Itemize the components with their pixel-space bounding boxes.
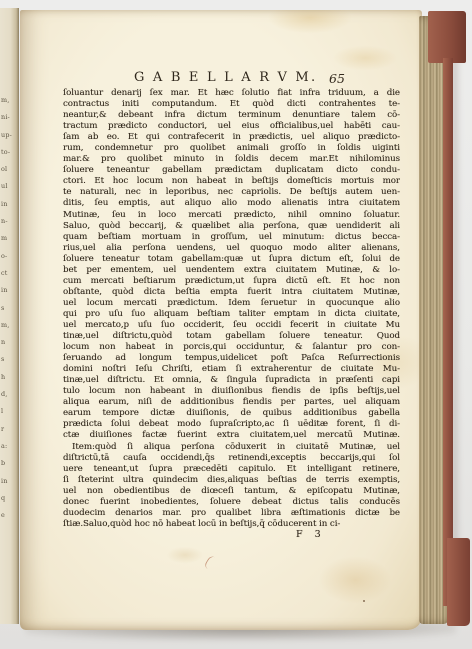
- cover-edge-top: [428, 11, 466, 63]
- facing-page-fragment: l: [1, 403, 19, 420]
- cover-edge-middle: [443, 58, 453, 606]
- facing-page-fragment: e: [1, 507, 19, 524]
- cover-side-shadow: [452, 60, 464, 620]
- facing-page-fragment: n: [1, 334, 19, 351]
- facing-page-text-fragments: m,ni-up-to-olulinn-mo-ctinsm,nshd,lra:bi…: [0, 8, 19, 524]
- facing-page-fragment: q: [1, 490, 19, 507]
- text-line: qui pro uſu ſuo aliquam beſtiam taliter …: [63, 309, 400, 320]
- text-line: ſeruando ad longum tempus,uidelicet poſt…: [63, 353, 400, 364]
- facing-page-fragment: d,: [1, 386, 19, 403]
- facing-page-fragment: in: [1, 196, 19, 213]
- text-line: ſam ab eo. Et qui contrafecerit in prædi…: [63, 132, 400, 143]
- text-line: earum tempore dictæ diuiſionis, de quibu…: [63, 408, 400, 419]
- facing-page-fragment: m: [1, 230, 19, 247]
- text-line: ditis, ſeu emptis, aut aliquo alio modo …: [63, 198, 400, 209]
- facing-page-fragment: b: [1, 455, 19, 472]
- facing-page-fragment: o-: [1, 248, 19, 265]
- text-line: cum mercati beſtiarum prædictum,ut ſupra…: [63, 276, 400, 287]
- facing-page-fragment: ni-: [1, 109, 19, 126]
- facing-page-fragment: to-: [1, 144, 19, 161]
- text-line: neantur,& debeant infra dictum terminum …: [63, 110, 400, 121]
- text-line: tractum prædicto conductori, uel eius of…: [63, 121, 400, 132]
- facing-page-fragment: ol: [1, 161, 19, 178]
- text-line: tinæ,uel diſtrictu. Et omnia, & ſingula …: [63, 375, 400, 386]
- text-line: ſoluantur denarij ſex mar. Et hæc ſoluti…: [63, 88, 400, 99]
- text-line: rius,uel alia perſona uendens, uel quoqu…: [63, 243, 400, 254]
- text-line: ſi ſteterint ultra quindecim dies,aliqua…: [63, 475, 400, 486]
- facing-page-fragment: in: [1, 473, 19, 490]
- text-line: obſtante, quòd dicta beſtia empta fuerit…: [63, 287, 400, 298]
- text-line: donec fuerint inobedientes, ſoluere debe…: [63, 497, 400, 508]
- facing-page-fragment: m,: [1, 92, 19, 109]
- text-line: aliqua earum, niſi de additionibus fiend…: [63, 397, 400, 408]
- text-line: tinæ,uel diſtrictu,quòd totam gabellam ſ…: [63, 331, 400, 342]
- text-line: Item:quòd ſi aliqua perſona cōduxerit in…: [63, 442, 400, 453]
- facing-page-fragment: a:: [1, 438, 19, 455]
- page-number: 65: [329, 71, 345, 86]
- photo-scene: m,ni-up-to-olulinn-mo-ctinsm,nshd,lra:bi…: [0, 0, 472, 649]
- text-line: uel mercato,p uſu ſuo occiderit, ſeu occ…: [63, 320, 400, 331]
- text-line: contractus initi computandum. Et quòd di…: [63, 99, 400, 110]
- paper-fiber-mark: [203, 555, 221, 574]
- text-line: ſtiæ.Saluo,quòd hoc nō habeat locū in be…: [63, 519, 400, 530]
- text-line: mar.& pro quolibet minuto in ſoldis dece…: [63, 154, 400, 165]
- text-line: ſoluere teneantur gabellam prædictam dup…: [63, 165, 400, 176]
- text-line: rum, condemnetur pro quolibet animali gr…: [63, 143, 400, 154]
- text-line: diſtrictū,tā cauſa occidendi,q̄s retinen…: [63, 453, 400, 464]
- text-line: prædicta ſolui debeat modo ſupraſcripto,…: [63, 419, 400, 430]
- text-line: ſoluere teneatur totam gabellam:quæ ut ſ…: [63, 254, 400, 265]
- text-line: uere teneant̄,ut ſupra præcedēti capitul…: [63, 464, 400, 475]
- text-line: quam beſtiam mortuam in groſſum, uel min…: [63, 232, 400, 243]
- text-line: ctæ diuiſiones factæ fuerint extra ciuit…: [63, 430, 400, 441]
- cover-edge-bottom: [447, 538, 470, 626]
- text-line: uel locum mercati prædictum. Idem ſeruet…: [63, 298, 400, 309]
- paper-speck: [363, 600, 365, 602]
- facing-page-fragment: in: [1, 282, 19, 299]
- text-line: ctori. Et hoc locum non habeat in beſtij…: [63, 176, 400, 187]
- running-header: G A B E L L A R V M.: [134, 70, 317, 85]
- text-line: uel non obedientibus de diœceſi tantum, …: [63, 486, 400, 497]
- text-line: duodecim denarios mar. pro qualibet libr…: [63, 508, 400, 519]
- body-text: ſoluantur denarij ſex mar. Et hæc ſoluti…: [63, 88, 400, 530]
- facing-page-fragment: h: [1, 369, 19, 386]
- facing-page-fragment: ct: [1, 265, 19, 282]
- text-line: Mutinæ, ſeu in loco mercati prædicto, ni…: [63, 210, 400, 221]
- facing-page-fragment: r: [1, 421, 19, 438]
- text-line: bet per ementem, uel uendentem extra ciu…: [63, 265, 400, 276]
- facing-page-fragment: s: [1, 300, 19, 317]
- text-line: locum non habeat in porcis,qui occiduntu…: [63, 342, 400, 353]
- facing-page-fragment: s: [1, 351, 19, 368]
- facing-page-fragment: m,: [1, 317, 19, 334]
- signature-mark: F 3: [296, 529, 321, 540]
- text-line: domini noſtri Ieſu Chriſti, etiam ſi ext…: [63, 364, 400, 375]
- facing-page-fragment: up-: [1, 127, 19, 144]
- text-line: te naturali, nec in leporibus, nec capri…: [63, 187, 400, 198]
- facing-page-fragment: ul: [1, 178, 19, 195]
- facing-page-edge: m,ni-up-to-olulinn-mo-ctinsm,nshd,lra:bi…: [0, 8, 19, 624]
- text-line: tulo locum non habeant in diuiſionibus f…: [63, 386, 400, 397]
- facing-page-fragment: n-: [1, 213, 19, 230]
- text-line: Saluo, quòd beccarij, & quælibet alia pe…: [63, 221, 400, 232]
